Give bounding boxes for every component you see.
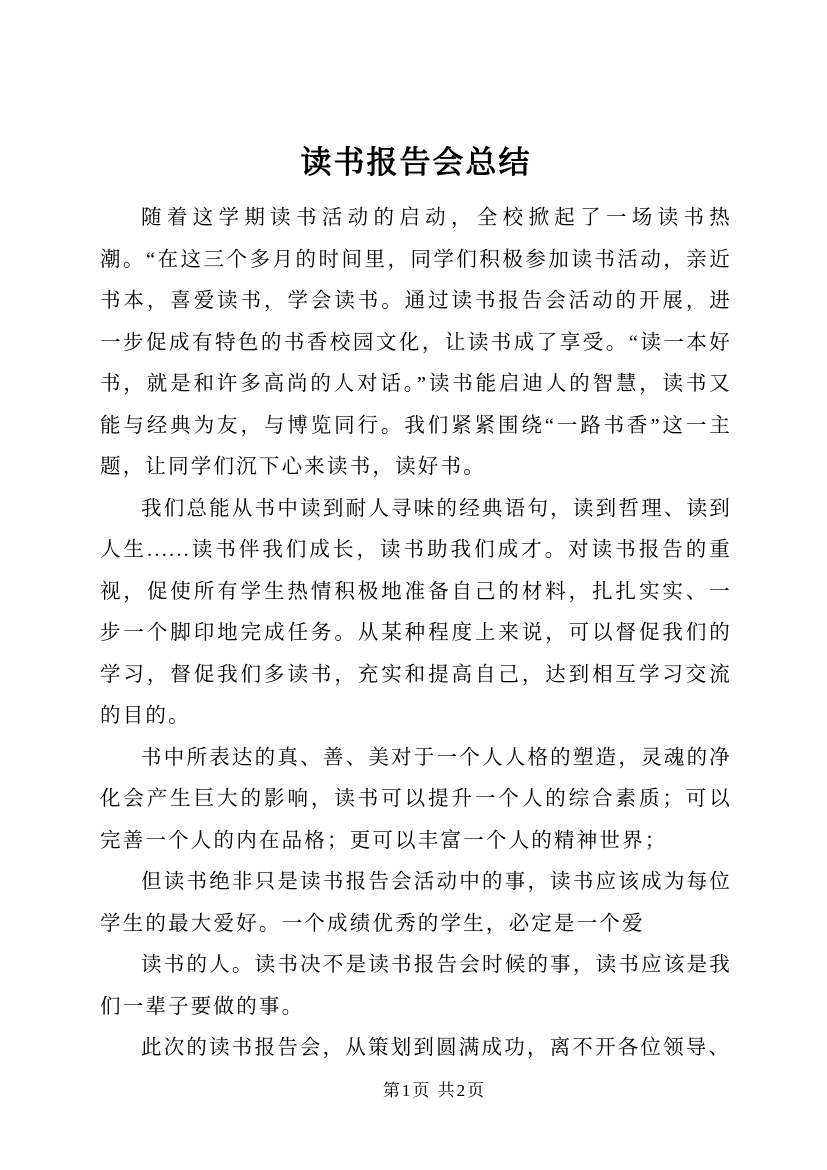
paragraph-6: 此次的读书报告会，从策划到圆满成功，离不开各位领导、 [100,1028,732,1070]
document-title: 读书报告会总结 [100,140,732,186]
page-footer: 第1页 共2页 [0,1076,827,1101]
page-number-label: 第1页 共2页 [383,1076,486,1101]
paragraph-4: 但读书绝非只是读书报告会活动中的事，读书应该成为每位学生的最大爱好。一个成绩优秀… [100,862,732,945]
paragraph-1: 随着这学期读书活动的启动，全校掀起了一场读书热潮。“在这三个多月的时间里，同学们… [100,198,732,489]
paragraph-3: 书中所表达的真、善、美对于一个人人格的塑造，灵魂的净化会产生巨大的影响，读书可以… [100,738,732,863]
document-page: 读书报告会总结 随着这学期读书活动的启动，全校掀起了一场读书热潮。“在这三个多月… [0,0,827,1170]
document-content: 读书报告会总结 随着这学期读书活动的启动，全校掀起了一场读书热潮。“在这三个多月… [100,140,732,1070]
paragraph-5: 读书的人。读书决不是读书报告会时候的事，读书应该是我们一辈子要做的事。 [100,945,732,1028]
paragraph-2: 我们总能从书中读到耐人寻味的经典语句，读到哲理、读到人生......读书伴我们成… [100,489,732,738]
